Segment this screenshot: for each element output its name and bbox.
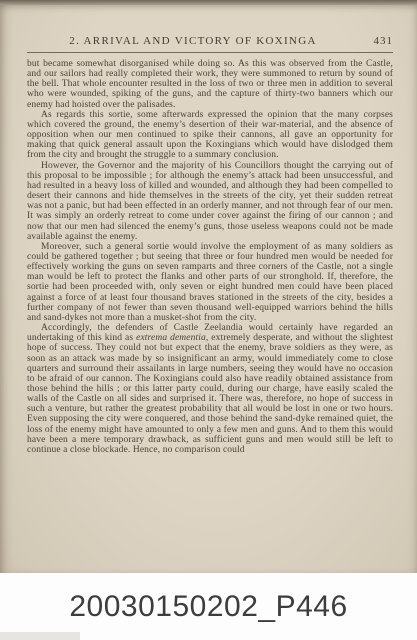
- paragraph: Accordingly, the defenders of Castle Zee…: [27, 323, 393, 455]
- paragraph: but became somewhat disorganised while d…: [27, 59, 393, 110]
- text-segment: but became somewhat disorganised while d…: [27, 59, 393, 110]
- paragraph: As regards this sortie, some afterwards …: [27, 110, 393, 161]
- book-page-scan: 2. ARRIVAL AND VICTORY OF KOXINGA 431 bu…: [0, 0, 417, 640]
- text-segment: As regards this sortie, some afterwards …: [27, 110, 393, 161]
- body-text: but became somewhat disorganised while d…: [27, 59, 393, 455]
- paragraph: However, the Governor and the majority o…: [27, 161, 393, 242]
- text-segment: However, the Governor and the majority o…: [27, 161, 393, 242]
- text-segment: , extremely desperate, and without the s…: [27, 333, 393, 455]
- header-rule: [27, 52, 393, 53]
- chapter-title: 2. ARRIVAL AND VICTORY OF KOXINGA: [27, 35, 359, 48]
- page-header: 2. ARRIVAL AND VICTORY OF KOXINGA 431: [27, 35, 393, 48]
- paragraph: Moreover, such a general sortie would in…: [27, 242, 393, 323]
- italic-phrase: extrema dementia: [136, 333, 206, 343]
- scan-footer-strip: 20030150202_P446: [0, 573, 417, 640]
- page-number: 431: [359, 35, 393, 48]
- archive-label: 20030150202_P446: [69, 590, 347, 624]
- book-page: 2. ARRIVAL AND VICTORY OF KOXINGA 431 bu…: [0, 5, 417, 573]
- scan-corner-shade: [0, 632, 80, 640]
- text-segment: Moreover, such a general sortie would in…: [27, 242, 393, 323]
